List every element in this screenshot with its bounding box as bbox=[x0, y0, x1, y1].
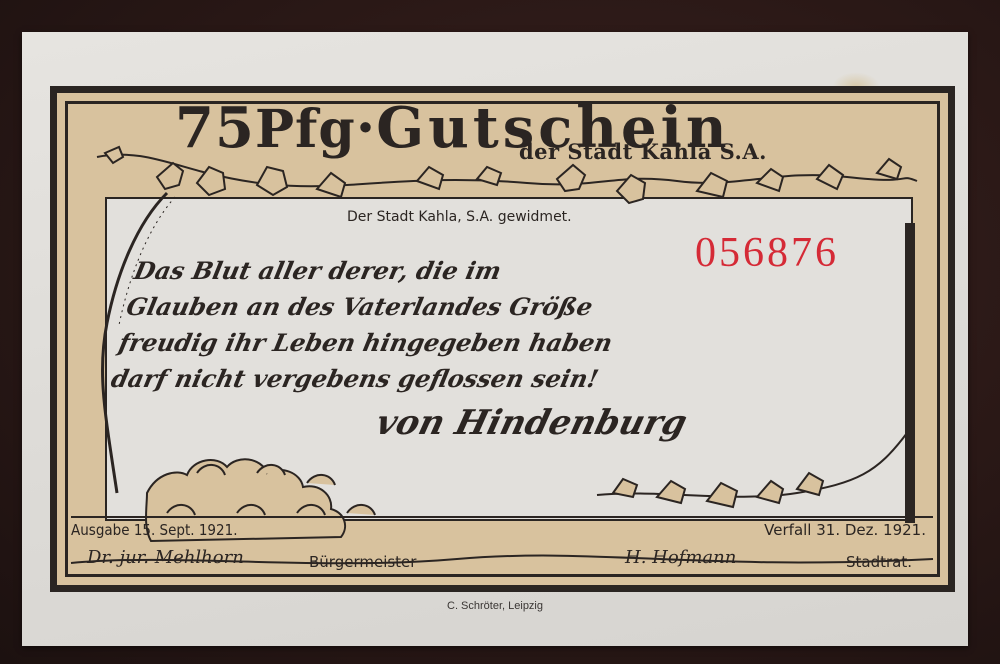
councillor-signature: H. Hofmann bbox=[625, 547, 736, 568]
councillor-title: Stadtrat. bbox=[846, 553, 912, 571]
quote-line: darf nicht vergebens geflossen sein! bbox=[108, 361, 856, 397]
mayor-title: Bürgermeister bbox=[309, 553, 416, 571]
mayor-signature: Dr. jur. Mehlhorn bbox=[87, 547, 244, 568]
quote-signature: von Hindenburg bbox=[372, 403, 691, 443]
banknote-paper: 75Pfg·Gutschein der Stadt Kahla S.A. bbox=[22, 32, 968, 646]
dedication-line: Der Stadt Kahla, S.A. gewidmet. bbox=[347, 209, 572, 225]
issue-date: Ausgabe 15. Sept. 1921. bbox=[71, 521, 237, 539]
quote-line: Glauben an des Vaterlandes Größe bbox=[123, 289, 871, 325]
printer-imprint: C. Schröter, Leipzig bbox=[22, 600, 968, 612]
quote-line: Das Blut aller derer, die im bbox=[131, 253, 879, 289]
banknote-frame: 75Pfg·Gutschein der Stadt Kahla S.A. bbox=[50, 86, 955, 592]
quote-line: freudig ihr Leben hingegeben haben bbox=[115, 325, 863, 361]
expiry-date: Verfall 31. Dez. 1921. bbox=[764, 521, 926, 539]
handwritten-quote: Das Blut aller derer, die im Glauben an … bbox=[108, 253, 879, 397]
